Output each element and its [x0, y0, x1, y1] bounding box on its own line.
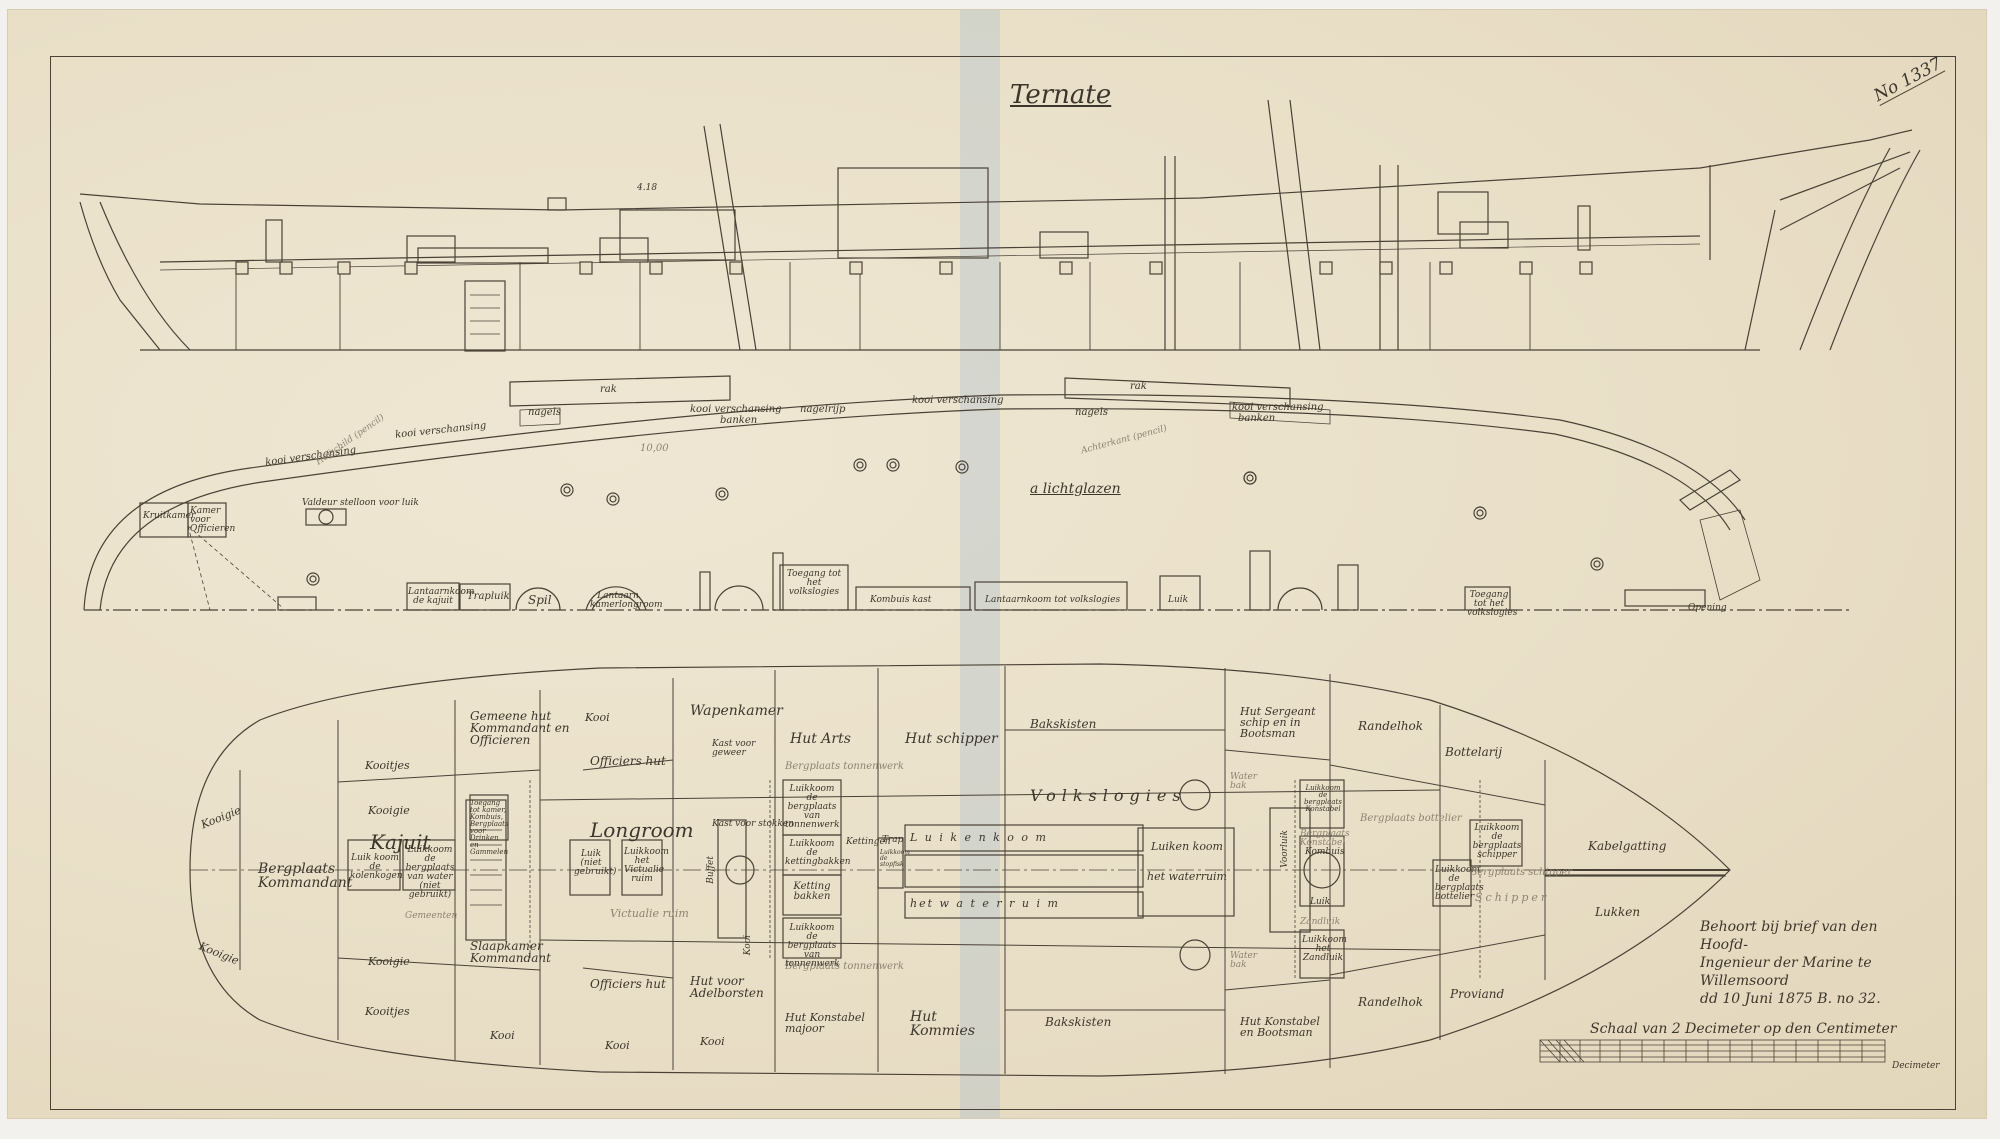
room-label: Bergplaats Konstabel [1300, 830, 1344, 848]
hatch-label: Luikkoom de stopfisk [880, 850, 904, 868]
room-label: Water bak [1230, 952, 1260, 970]
hatch-label: Luikkoom de bergplaats schipper [1472, 824, 1522, 860]
bulwark-label: nagels [528, 408, 561, 418]
fixture-label: Luik [1168, 596, 1188, 605]
fixture-label: Toegang tot het volkslogies [1467, 591, 1511, 618]
hatch-label: Luikkoom het Zandluik [1302, 936, 1344, 963]
room-label: Kooitjes [365, 760, 410, 771]
fixture-label: Kamer voor Officieren [190, 507, 224, 534]
room-label: Lukken [1595, 906, 1640, 918]
room-label: Bergplaats schipper [1470, 868, 1572, 878]
bulwark-label: kooi verschansing [912, 396, 1004, 406]
hatch-label: Luikkoom de bergplaats van tonnenwerk [785, 785, 839, 830]
bulwark-label: nagelrijp [800, 405, 845, 415]
note-line-2: Ingenieur der Marine te Willemsoord [1700, 954, 1920, 990]
scale-bar [1540, 1040, 1885, 1062]
room-label-volkslogies: Volkslogies [1030, 788, 1187, 804]
room-label: Kooigie [368, 805, 410, 816]
room-label: Randelhok [1358, 720, 1423, 732]
fixture-label: Toegang tot het volkslogies [782, 570, 846, 597]
pencil-dimension: 10,00 [640, 444, 669, 454]
room-label: Bakskisten [1030, 718, 1096, 730]
room-label: Buffet [707, 856, 716, 884]
room-label: Bottelarij [1445, 746, 1502, 758]
room-label: Hut Konstabel majoor [785, 1012, 865, 1034]
hatch-label: Ketting bakken [785, 882, 839, 902]
room-label: Hut Kommies [910, 1010, 970, 1038]
profile-dimension: 4.18 [637, 184, 657, 193]
room-label: Kast voor stokken [712, 820, 794, 829]
room-label: Zandluik [1300, 918, 1340, 927]
room-label: Kast voor geweer [712, 740, 762, 758]
fixture-label: Trapluik [467, 592, 510, 602]
room-label: Proviand [1450, 988, 1504, 1000]
room-label: Hut Sergeant schip en in Bootsman [1240, 706, 1330, 739]
room-label: Hut schipper [905, 732, 998, 746]
room-label: Hut voor Adelborsten [690, 975, 760, 999]
hatch-label: Luikkoom de kettingbakken [785, 840, 839, 867]
room-label: Water bak [1230, 773, 1260, 791]
profile-view [80, 100, 1920, 351]
room-label: Kooi [490, 1030, 515, 1041]
hatch-label: Luiken koom het waterruim [1145, 832, 1229, 892]
room-label: Gemeenten [405, 912, 457, 921]
bulwark-label: kooi verschansing [1232, 403, 1324, 413]
fixture-label: Spil [528, 594, 552, 606]
scale-caption: Schaal van 2 Decimeter op den Centimeter [1590, 1022, 1896, 1036]
room-label: Bergplaats Kommandant [258, 862, 333, 890]
room-label: Kooi [585, 712, 610, 723]
hatch-label: Luik koom de kolenkogen [350, 854, 400, 881]
room-label: Victualie ruim [610, 908, 689, 919]
room-label: Kooi [744, 935, 753, 955]
room-label: Wapenkamer [690, 704, 760, 718]
fixture-label: Kruitkamer [143, 512, 195, 521]
room-label: Hut Arts [790, 732, 851, 746]
bulwark-label: nagels [1075, 408, 1108, 418]
fixture-label: Lantaarnkoom tot volkslogies [985, 596, 1120, 605]
hatch-label: Luik [1310, 898, 1330, 907]
room-label: Kooi [700, 1036, 725, 1047]
room-label: Hut Konstabel en Bootsman [1240, 1016, 1330, 1038]
bulwark-label: banken [1238, 414, 1275, 424]
bulwark-label: kooi verschansing [690, 405, 782, 415]
portlights-annotation: a lichtglazen [1030, 482, 1121, 496]
hatch-label: Luikkoom het Victualie ruim [624, 848, 660, 884]
drawing-title: Ternate [1010, 82, 1111, 108]
room-label: Bakskisten [1045, 1016, 1111, 1028]
provenance-note: Behoort bij brief van den Hoofd- Ingenie… [1700, 918, 1920, 1008]
bulwark-label: rak [1130, 382, 1147, 392]
room-label: Bergplaats bottelier [1360, 814, 1462, 824]
room-label: Kooigie [368, 956, 410, 967]
hatch-label: Luikkoom de bergplaats van tonnenwerk [785, 924, 839, 969]
room-label: Kettingen [846, 838, 891, 847]
room-label: Kabelgatting [1588, 840, 1666, 852]
scale-unit: Decimeter [1892, 1062, 1940, 1071]
room-label: Officiers hut [590, 755, 666, 767]
room-label-longroom: Longroom [590, 820, 694, 840]
hatch-label: Luikkoom de bergplaats bottelier [1435, 866, 1473, 902]
hatch-label: Luikkoom de bergplaats van water (niet g… [405, 846, 455, 900]
room-label: Kooitjes [365, 1006, 410, 1017]
side-elevation-view [84, 376, 1850, 610]
hatch-label: L u i k e n k o o m [910, 832, 1048, 843]
hatch-label: Luik (niet gebruikt) [574, 850, 608, 877]
bulwark-label: rak [600, 385, 617, 395]
fixture-label: Opening [1688, 604, 1727, 613]
fixture-label: Kombuis kast [870, 596, 931, 605]
room-label: Toegang tot kamer, Kombuis, Bergplaats v… [470, 800, 508, 856]
note-line-1: Behoort bij brief van den Hoofd- [1700, 918, 1920, 954]
room-label: Schipper [1475, 892, 1549, 903]
room-label: Bergplaats tonnenwerk [785, 762, 904, 772]
room-label: Randelhok [1358, 996, 1423, 1008]
hatch-label: Luikkoom de bergplaats Konstabel [1302, 785, 1344, 813]
fixture-label: Valdeur stelloon voor luik [302, 499, 419, 508]
bulwark-label: banken [720, 416, 757, 426]
room-label: Kooi [605, 1040, 630, 1051]
hatch-label: het w a t e r r u i m [910, 898, 1060, 909]
room-label: Kombuis [1305, 848, 1345, 857]
room-label: Voorluik [1281, 830, 1290, 868]
fixture-label: Lantaarn kamerlongroom [590, 592, 646, 610]
room-label: Slaapkamer Kommandant [470, 940, 570, 964]
room-label: Officiers hut [590, 978, 666, 990]
note-line-3: dd 10 Juni 1875 B. no 32. [1700, 990, 1920, 1008]
fixture-label: Lantaarnkoom de kajuit [408, 588, 458, 606]
room-label: Gemeene hut Kommandant en Officieren [470, 710, 580, 746]
